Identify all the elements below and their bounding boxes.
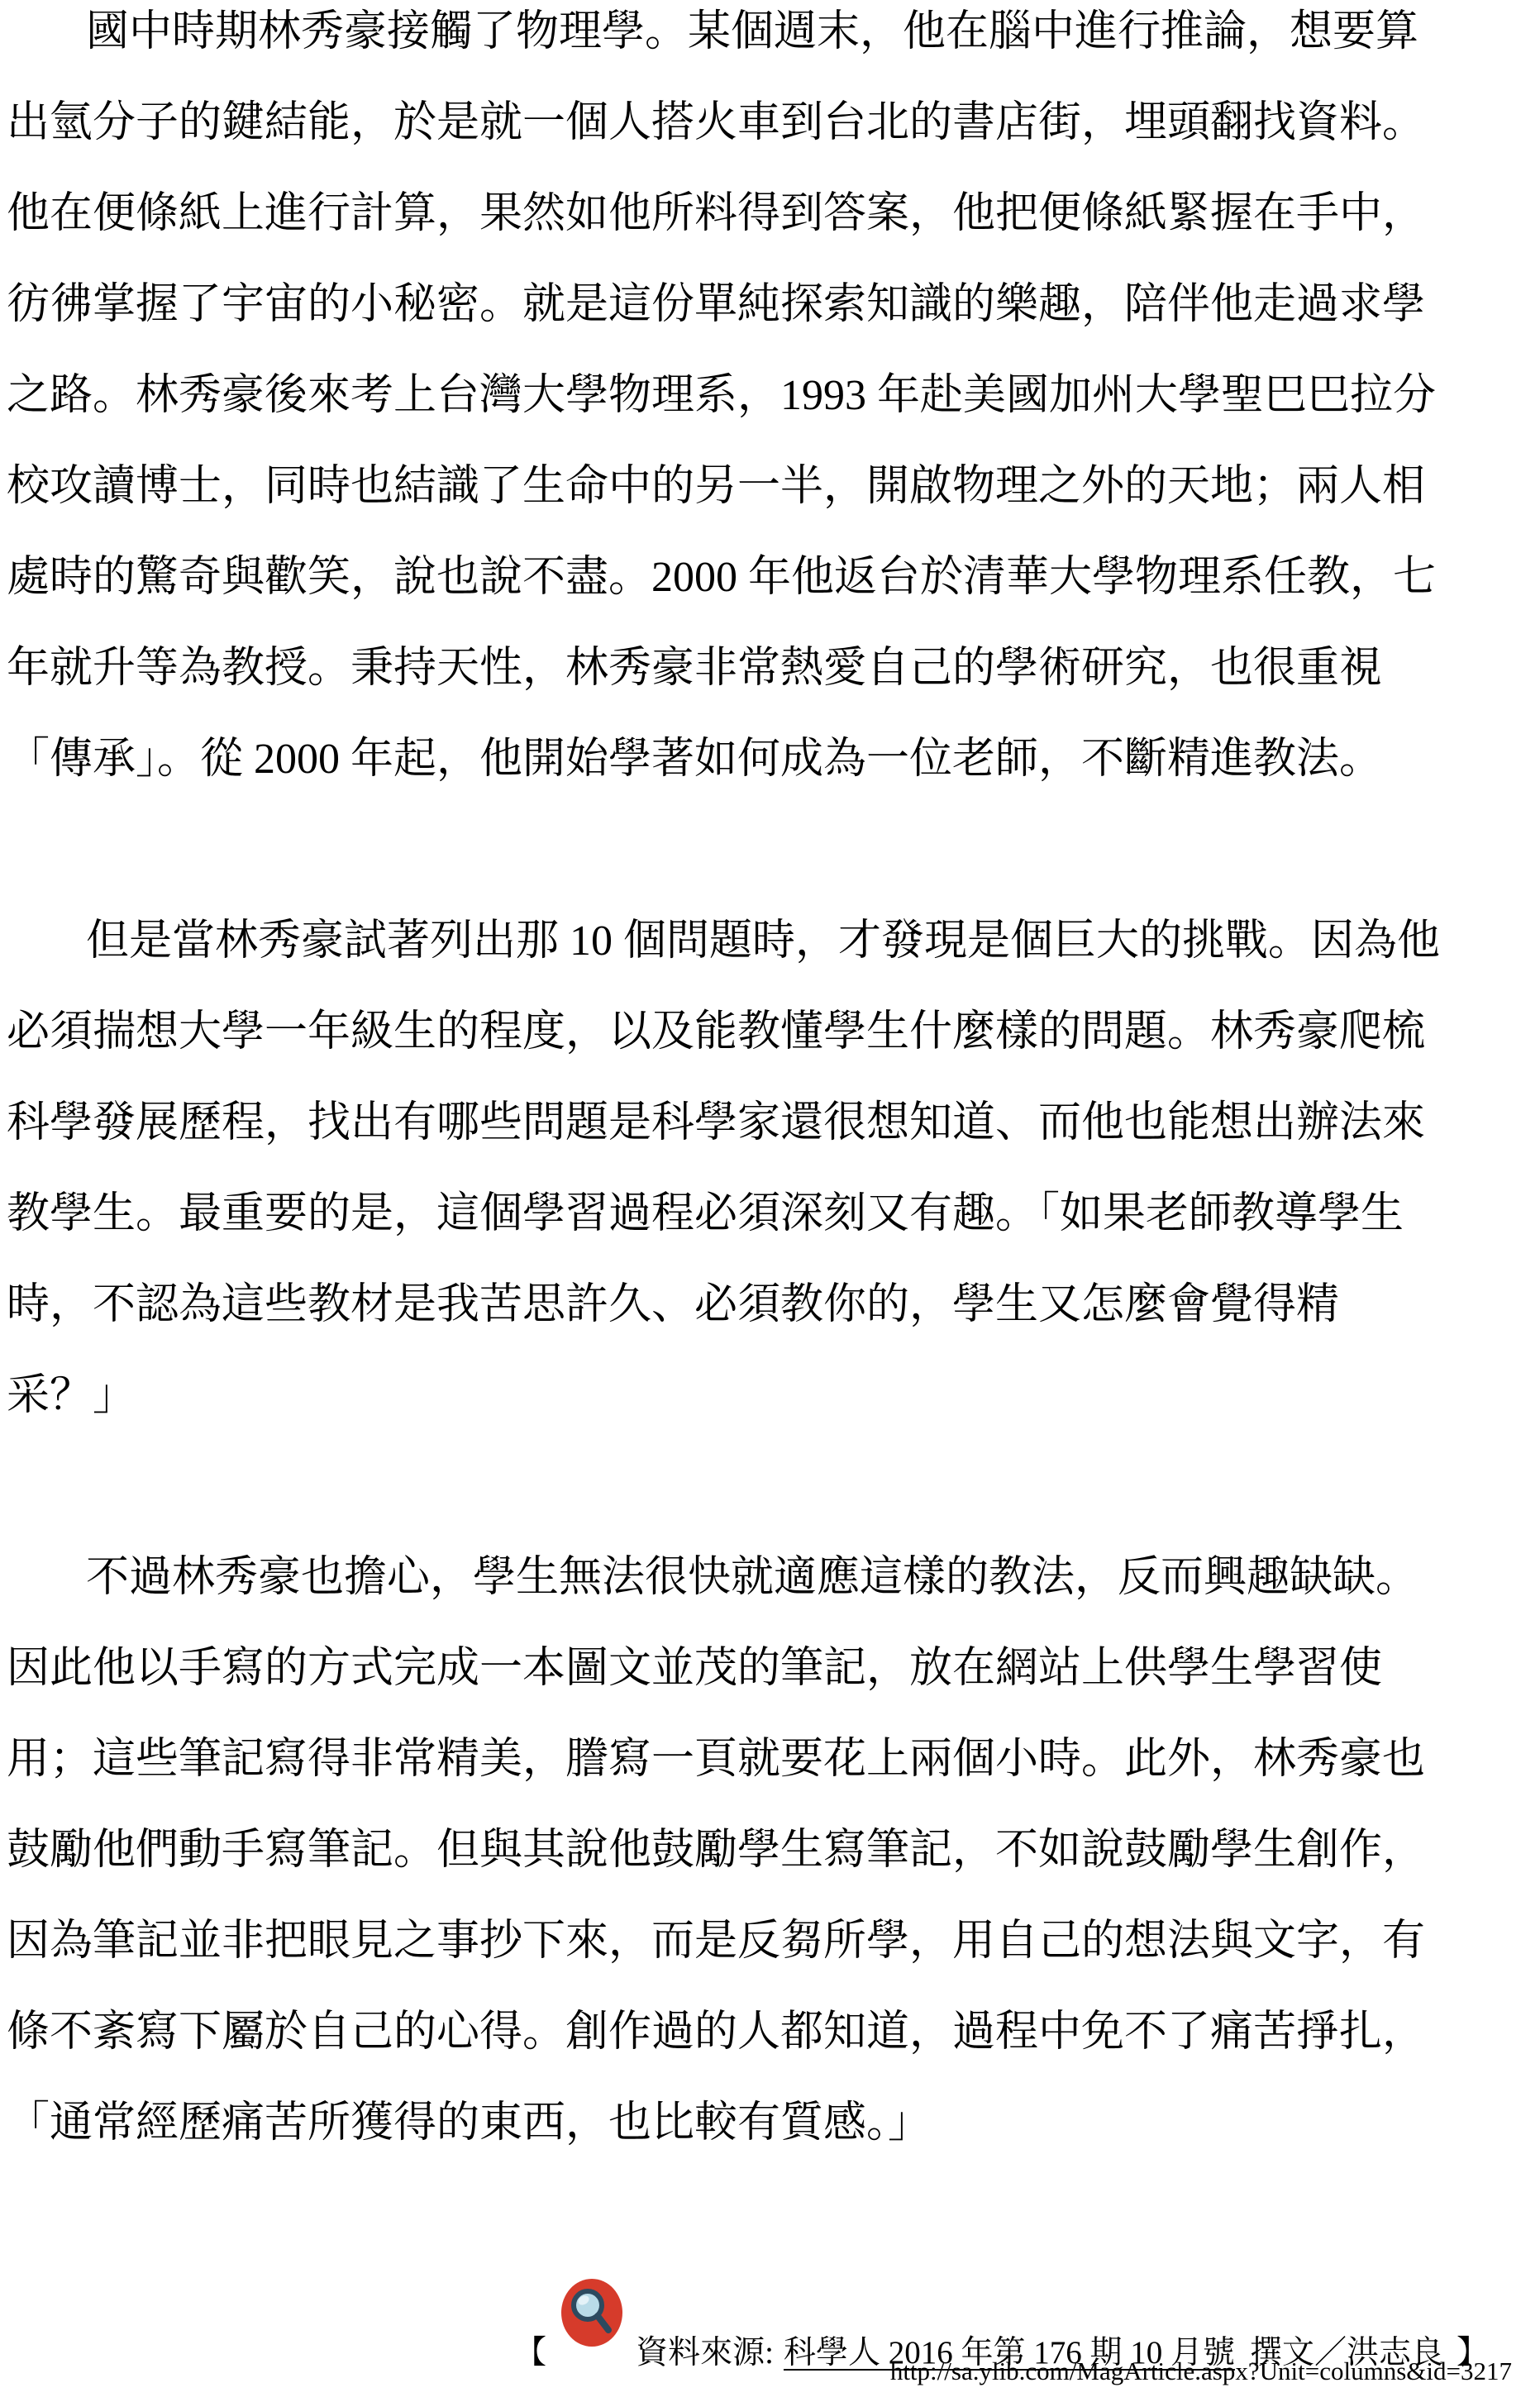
text-line: 他在便條紙上進行計算，果然如他所料得到答案，他把便條紙緊握在手中， xyxy=(7,169,1535,260)
text-line: 出氫分子的鍵結能，於是就一個人搭火車到台北的書店街，埋頭翻找資料。 xyxy=(7,78,1535,169)
text-line: 因此他以手寫的方式完成一本圖文並茂的筆記，放在網站上供學生學習使 xyxy=(7,1623,1535,1714)
paragraph: 國中時期林秀豪接觸了物理學。某個週末，他在腦中進行推論，想要算出氫分子的鍵結能，… xyxy=(7,0,1535,805)
text-line: 科學發展歷程，找出有哪些問題是科學家還很想知道、而他也能想出辦法來 xyxy=(7,1078,1535,1169)
article-body: 國中時期林秀豪接觸了物理學。某個週末，他在腦中進行推論，想要算出氫分子的鍵結能，… xyxy=(7,0,1535,2169)
text-line: 不過林秀豪也擔心，學生無法很快就適應這樣的教法，反而興趣缺缺。 xyxy=(7,1532,1535,1623)
text-line: 「通常經歷痛苦所獲得的東西，也比較有質感。」 xyxy=(7,2078,1535,2169)
paragraph: 不過林秀豪也擔心，學生無法很快就適應這樣的教法，反而興趣缺缺。因此他以手寫的方式… xyxy=(7,1532,1535,2169)
document-page: 國中時期林秀豪接觸了物理學。某個週末，他在腦中進行推論，想要算出氫分子的鍵結能，… xyxy=(0,0,1540,2397)
text-line: 鼓勵他們動手寫筆記。但與其說他鼓勵學生寫筆記，不如說鼓勵學生創作， xyxy=(7,1805,1535,1896)
text-line: 彷彿掌握了宇宙的小秘密。就是這份單純探索知識的樂趣，陪伴他走過求學 xyxy=(7,260,1535,350)
text-line: 之路。林秀豪後來考上台灣大學物理系，1993 年赴美國加州大學聖巴巴拉分 xyxy=(7,350,1535,441)
text-line: 用；這些筆記寫得非常精美，謄寫一頁就要花上兩個小時。此外，林秀豪也 xyxy=(7,1714,1535,1805)
text-line: 教學生。最重要的是，這個學習過程必須深刻又有趣。「如果老師教導學生 xyxy=(7,1169,1535,1260)
paragraph: 但是當林秀豪試著列出那 10 個問題時，才發現是個巨大的挑戰。因為他必須揣想大學… xyxy=(7,896,1535,1442)
text-line: 年就升等為教授。秉持天性，林秀豪非常熱愛自己的學術研究，也很重視 xyxy=(7,623,1535,714)
bracket-open: 【 xyxy=(514,2335,546,2371)
magnifier-icon xyxy=(561,2279,622,2347)
text-line: 處時的驚奇與歡笑，說也說不盡。2000 年他返台於清華大學物理系任教，七 xyxy=(7,532,1535,623)
text-line: 「傳承」。從 2000 年起，他開始學著如何成為一位老師，不斷精進教法。 xyxy=(7,714,1535,805)
text-line: 必須揣想大學一年級生的程度，以及能教懂學生什麼樣的問題。林秀豪爬梳 xyxy=(7,987,1535,1078)
text-line: 國中時期林秀豪接觸了物理學。某個週末，他在腦中進行推論，想要算 xyxy=(7,0,1535,78)
text-line: 條不紊寫下屬於自己的心得。創作過的人都知道，過程中免不了痛苦掙扎， xyxy=(7,1987,1535,2078)
text-line: 時，不認為這些教材是我苦思許久、必須教你的，學生又怎麼會覺得精 xyxy=(7,1260,1535,1351)
text-line: 采？」 xyxy=(7,1351,1535,1442)
page-url: http://sa.ylib.com/MagArticle.aspx?Unit=… xyxy=(890,2356,1512,2386)
text-line: 但是當林秀豪試著列出那 10 個問題時，才發現是個巨大的挑戰。因為他 xyxy=(7,896,1535,987)
text-line: 校攻讀博士，同時也結識了生命中的另一半，開啟物理之外的天地；兩人相 xyxy=(7,441,1535,532)
source-label: 資料來源: xyxy=(636,2335,774,2371)
text-line: 因為筆記並非把眼見之事抄下來，而是反芻所學，用自己的想法與文字，有 xyxy=(7,1896,1535,1987)
